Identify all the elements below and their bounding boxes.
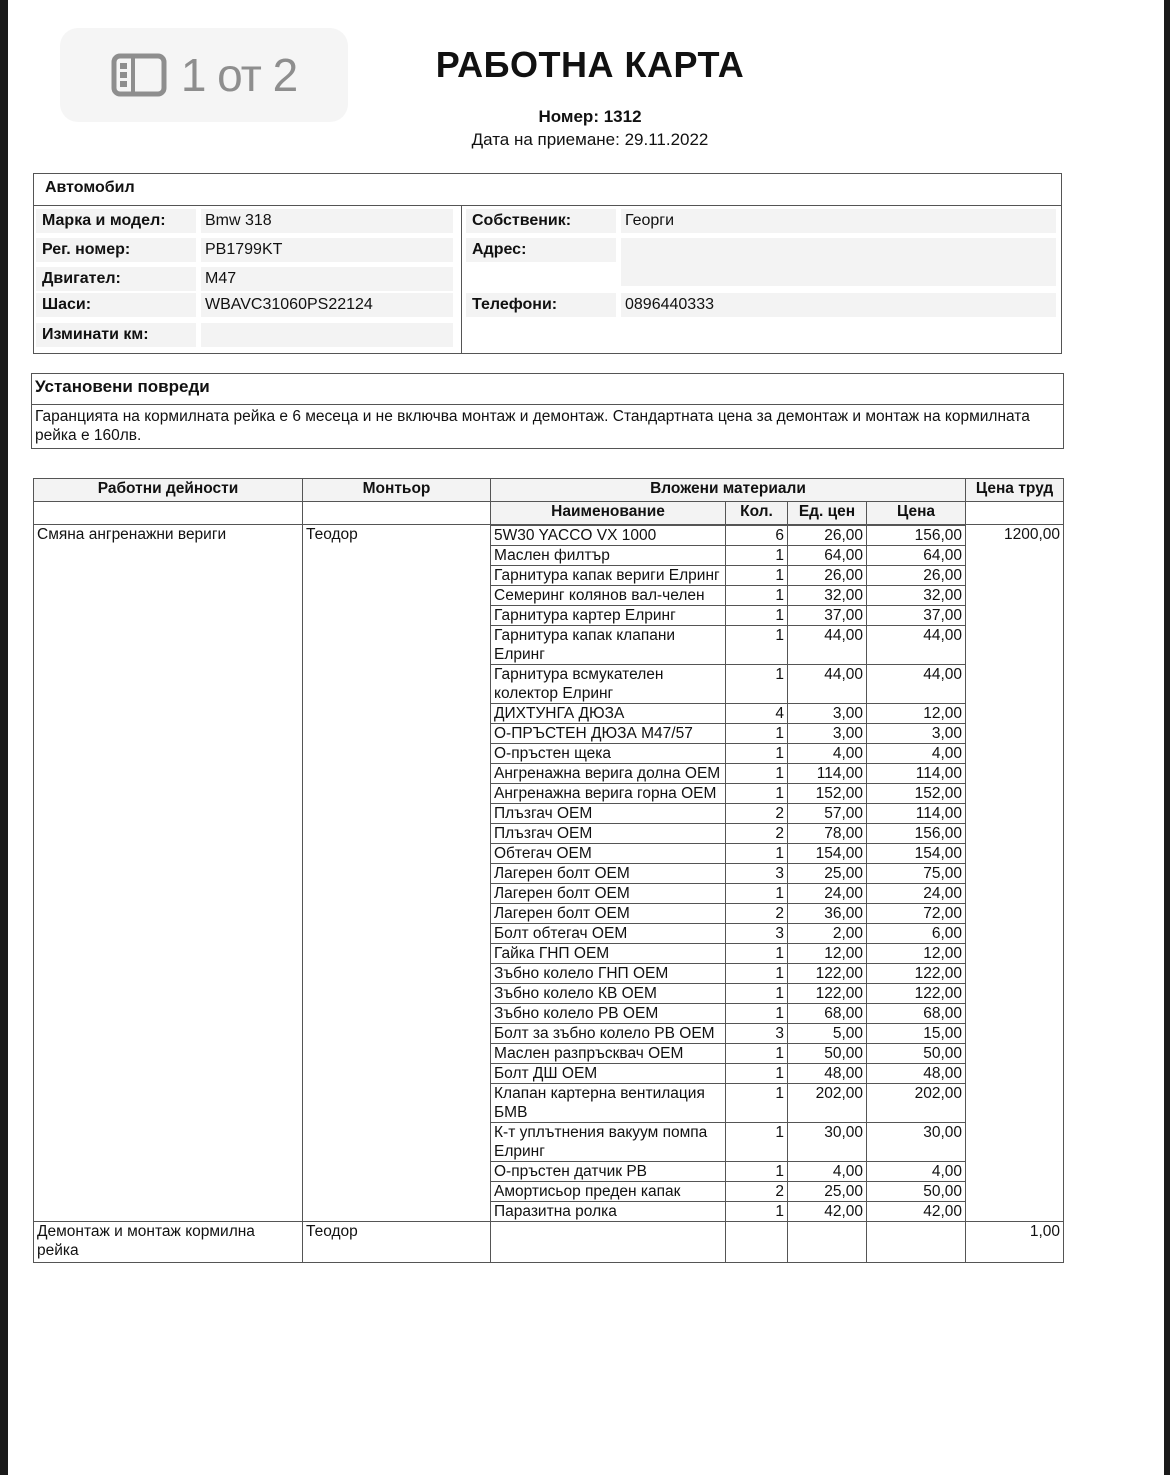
material-qty: 3 (726, 1024, 788, 1044)
header-mechanic: Монтьор (303, 479, 491, 502)
activity-mechanic: Теодор (303, 525, 491, 1222)
activity-labor-price: 1,00 (966, 1222, 1064, 1263)
material-price: 15,00 (867, 1024, 966, 1044)
activity-name: Смяна ангренажни вериги (34, 525, 303, 1222)
material-unit-price: 154,00 (788, 844, 867, 864)
material-name: Маслен филтър (491, 546, 726, 566)
material-qty: 1 (726, 764, 788, 784)
material-name: Зъбно колело ГНП ОЕМ (491, 964, 726, 984)
material-name: 5W30 YACCO VX 1000 (491, 526, 726, 546)
activity-labor-price: 1200,00 (966, 525, 1064, 1222)
material-name: Болт обтегач ОЕМ (491, 924, 726, 944)
reg-number-label: Рег. номер: (36, 238, 196, 262)
sidebar-pages-icon (111, 53, 167, 97)
material-price: 122,00 (867, 984, 966, 1004)
material-name: Плъзгач ОЕМ (491, 824, 726, 844)
header-blank (303, 502, 491, 525)
material-unit-price: 152,00 (788, 784, 867, 804)
header-unit-price: Ед. цен (788, 502, 867, 525)
material-price: 114,00 (867, 804, 966, 824)
material-qty: 1 (726, 964, 788, 984)
material-price: 64,00 (867, 546, 966, 566)
material-price: 50,00 (867, 1182, 966, 1202)
material-name: Паразитна ролка (491, 1202, 726, 1222)
header-price: Цена (867, 502, 966, 525)
material-qty: 1 (726, 784, 788, 804)
material-unit-price: 25,00 (788, 864, 867, 884)
car-section: Автомобил Марка и модел: Bmw 318 Рег. но… (33, 173, 1062, 354)
material-unit-price: 48,00 (788, 1064, 867, 1084)
header-name: Наименование (491, 502, 726, 525)
material-price: 44,00 (867, 626, 966, 665)
acceptance-date: Дата на приемане: 29.11.2022 (380, 130, 800, 150)
chassis-label: Шаси: (36, 293, 196, 317)
engine-value: M47 (201, 267, 453, 291)
material-qty: 1 (726, 1044, 788, 1064)
material-name: Лагерен болт ОЕМ (491, 864, 726, 884)
material-unit-price: 3,00 (788, 724, 867, 744)
header-materials: Вложени материали (491, 479, 966, 502)
material-price: 152,00 (867, 784, 966, 804)
material-price: 68,00 (867, 1004, 966, 1024)
material-name: Амортисьор преден капак (491, 1182, 726, 1202)
material-qty: 1 (726, 626, 788, 665)
material-price: 156,00 (867, 526, 966, 546)
material-unit-price: 30,00 (788, 1123, 867, 1162)
page-indicator-button[interactable]: 1 от 2 (60, 28, 348, 122)
material-unit-price: 64,00 (788, 546, 867, 566)
material-name: Плъзгач ОЕМ (491, 804, 726, 824)
address-value (621, 238, 1056, 286)
material-price: 75,00 (867, 864, 966, 884)
material-name: Зъбно колело КВ ОЕМ (491, 984, 726, 1004)
material-unit-price-empty (788, 1222, 867, 1263)
activity-mechanic: Теодор (303, 1222, 491, 1263)
material-unit-price: 12,00 (788, 944, 867, 964)
material-unit-price: 122,00 (788, 984, 867, 1004)
material-price: 154,00 (867, 844, 966, 864)
material-qty: 1 (726, 586, 788, 606)
material-price: 12,00 (867, 704, 966, 724)
damages-section-title: Установени повреди (32, 374, 1063, 405)
km-value (201, 323, 453, 347)
material-price: 156,00 (867, 824, 966, 844)
material-unit-price: 50,00 (788, 1044, 867, 1064)
material-qty: 1 (726, 546, 788, 566)
material-price: 26,00 (867, 566, 966, 586)
material-price: 32,00 (867, 586, 966, 606)
material-unit-price: 44,00 (788, 626, 867, 665)
material-name: Клапан картерна вентилация БМВ (491, 1084, 726, 1123)
material-unit-price: 4,00 (788, 1162, 867, 1182)
material-price: 37,00 (867, 606, 966, 626)
phone-value: 0896440333 (621, 293, 1056, 317)
material-name: Гарнитура капак клапани Елринг (491, 626, 726, 665)
material-qty: 3 (726, 864, 788, 884)
material-qty: 1 (726, 1084, 788, 1123)
material-price: 3,00 (867, 724, 966, 744)
material-unit-price: 5,00 (788, 1024, 867, 1044)
material-name: Болт за зъбно колело РВ ОЕМ (491, 1024, 726, 1044)
material-qty: 2 (726, 804, 788, 824)
material-unit-price: 26,00 (788, 566, 867, 586)
material-name: Гарнитура капак вериги Елринг (491, 566, 726, 586)
material-name: О-пръстен датчик РВ (491, 1162, 726, 1182)
material-price: 50,00 (867, 1044, 966, 1064)
document-number: Номер: 1312 (380, 107, 800, 127)
work-table: Работни дейности Монтьор Вложени материа… (33, 478, 1064, 1263)
make-model-value: Bmw 318 (201, 209, 453, 233)
material-qty: 1 (726, 1162, 788, 1182)
material-unit-price: 68,00 (788, 1004, 867, 1024)
material-qty: 1 (726, 944, 788, 964)
header-labor: Цена труд (966, 479, 1064, 502)
car-section-title: Автомобил (34, 174, 1061, 206)
material-unit-price: 2,00 (788, 924, 867, 944)
material-qty: 1 (726, 724, 788, 744)
material-qty: 2 (726, 1182, 788, 1202)
material-unit-price: 42,00 (788, 1202, 867, 1222)
material-name: О-ПРЪСТЕН ДЮЗА М47/57 (491, 724, 726, 744)
material-qty: 3 (726, 924, 788, 944)
material-price: 44,00 (867, 665, 966, 704)
material-unit-price: 202,00 (788, 1084, 867, 1123)
activity-name: Демонтаж и монтаж кормилна рейка (34, 1222, 303, 1263)
material-price: 48,00 (867, 1064, 966, 1084)
material-unit-price: 4,00 (788, 744, 867, 764)
material-price-empty (867, 1222, 966, 1263)
material-unit-price: 24,00 (788, 884, 867, 904)
material-qty: 1 (726, 844, 788, 864)
material-name: Семеринг колянов вал-челен (491, 586, 726, 606)
material-qty: 4 (726, 704, 788, 724)
chassis-value: WBAVC31060PS22124 (201, 293, 453, 317)
car-section-divider (461, 206, 462, 353)
material-qty: 1 (726, 606, 788, 626)
phone-label: Телефони: (466, 293, 616, 317)
material-qty: 2 (726, 904, 788, 924)
window-edge-right (1164, 0, 1170, 1475)
material-qty: 1 (726, 744, 788, 764)
header-qty: Кол. (726, 502, 788, 525)
owner-value: Георги (621, 209, 1056, 233)
damages-section: Установени повреди Гаранцията на кормилн… (31, 373, 1064, 449)
material-name: Обтегач ОЕМ (491, 844, 726, 864)
material-price: 72,00 (867, 904, 966, 924)
material-unit-price: 26,00 (788, 526, 867, 546)
material-price: 30,00 (867, 1123, 966, 1162)
material-name: О-пръстен щека (491, 744, 726, 764)
reg-number-value: PB1799KT (201, 238, 453, 262)
material-unit-price: 44,00 (788, 665, 867, 704)
km-label: Изминати км: (36, 323, 196, 347)
header-blank (966, 502, 1064, 525)
material-price: 6,00 (867, 924, 966, 944)
address-label: Адрес: (466, 238, 616, 262)
window-edge-left (0, 0, 8, 1475)
material-qty: 1 (726, 984, 788, 1004)
owner-label: Собственик: (466, 209, 616, 233)
page-indicator-text: 1 от 2 (181, 48, 297, 102)
material-name: Гарнитура всмукателен колектор Елринг (491, 665, 726, 704)
make-model-label: Марка и модел: (36, 209, 196, 233)
material-name: Ангренажна верига горна ОЕМ (491, 784, 726, 804)
material-name: Гайка ГНП ОЕМ (491, 944, 726, 964)
material-qty-empty (726, 1222, 788, 1263)
material-name: Гарнитура картер Елринг (491, 606, 726, 626)
material-qty: 1 (726, 665, 788, 704)
material-price: 42,00 (867, 1202, 966, 1222)
damages-text: Гаранцията на кормилната рейка е 6 месец… (32, 405, 1063, 447)
material-price: 122,00 (867, 964, 966, 984)
material-qty: 1 (726, 1123, 788, 1162)
material-name: Болт ДШ ОЕМ (491, 1064, 726, 1084)
document-title: РАБОТНА КАРТА (380, 44, 800, 86)
material-name: К-т уплътнения вакуум помпа Елринг (491, 1123, 726, 1162)
material-unit-price: 114,00 (788, 764, 867, 784)
material-name: Лагерен болт ОЕМ (491, 904, 726, 924)
material-unit-price: 36,00 (788, 904, 867, 924)
material-name: Лагерен болт ОЕМ (491, 884, 726, 904)
material-qty: 2 (726, 824, 788, 844)
material-price: 114,00 (867, 764, 966, 784)
material-qty: 1 (726, 884, 788, 904)
material-unit-price: 57,00 (788, 804, 867, 824)
material-qty: 1 (726, 1064, 788, 1084)
material-name: Зъбно колело РВ ОЕМ (491, 1004, 726, 1024)
material-unit-price: 3,00 (788, 704, 867, 724)
material-unit-price: 78,00 (788, 824, 867, 844)
material-price: 4,00 (867, 1162, 966, 1182)
material-name: Ангренажна верига долна ОЕМ (491, 764, 726, 784)
material-qty: 1 (726, 566, 788, 586)
material-name-empty (491, 1222, 726, 1263)
material-unit-price: 37,00 (788, 606, 867, 626)
activity-row: Демонтаж и монтаж кормилна рейкаТеодор1,… (34, 1222, 1064, 1263)
material-qty: 1 (726, 1004, 788, 1024)
material-qty: 1 (726, 1202, 788, 1222)
material-price: 24,00 (867, 884, 966, 904)
header-activities: Работни дейности (34, 479, 303, 502)
material-qty: 6 (726, 526, 788, 546)
material-unit-price: 32,00 (788, 586, 867, 606)
header-blank (34, 502, 303, 525)
material-price: 4,00 (867, 744, 966, 764)
engine-label: Двигател: (36, 267, 196, 291)
material-name: Маслен разпръсквач ОЕМ (491, 1044, 726, 1064)
material-price: 12,00 (867, 944, 966, 964)
material-unit-price: 25,00 (788, 1182, 867, 1202)
material-price: 202,00 (867, 1084, 966, 1123)
material-name: ДИХТУНГА ДЮЗА (491, 704, 726, 724)
material-unit-price: 122,00 (788, 964, 867, 984)
